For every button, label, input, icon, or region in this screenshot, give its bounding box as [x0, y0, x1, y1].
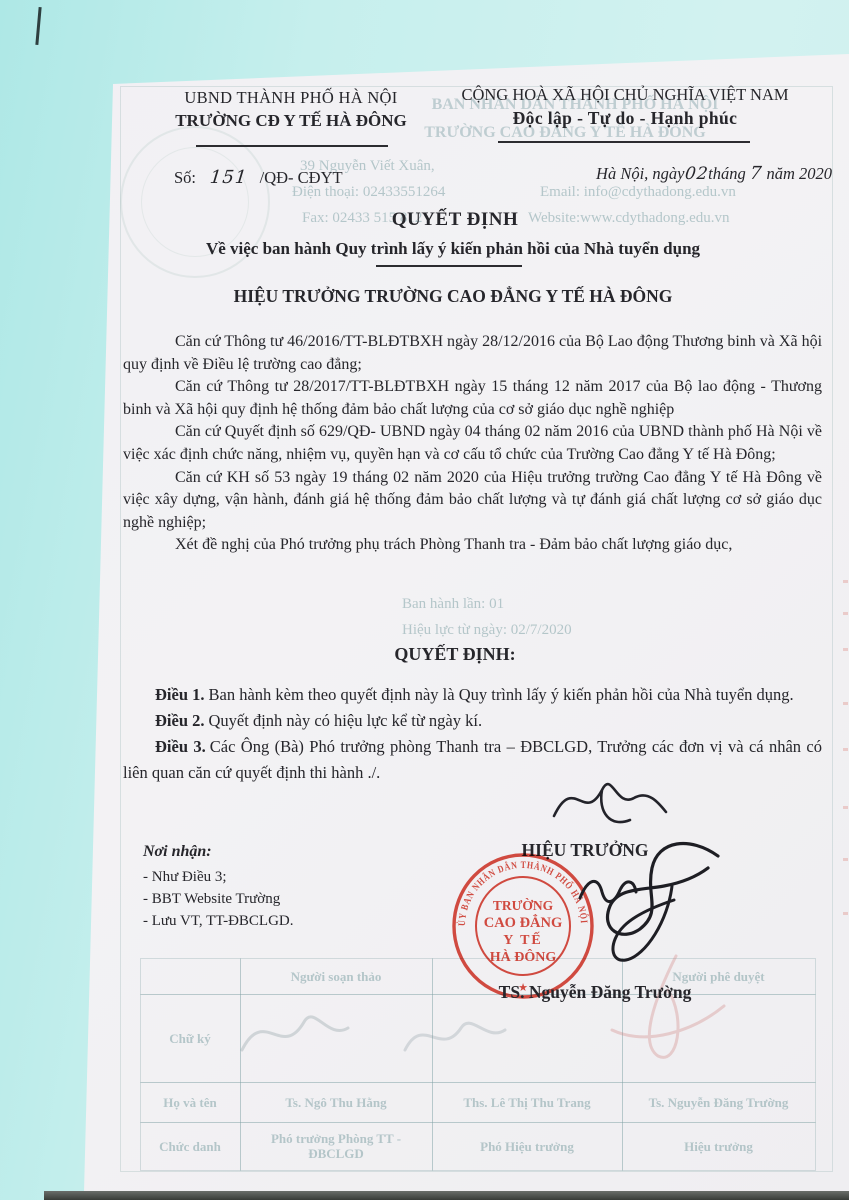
ghost-table-header: Người soạn thảo — [240, 958, 433, 995]
doc-number-label: Số: — [174, 168, 196, 187]
decision-heading: QUYẾT ĐỊNH — [275, 209, 635, 231]
date-prefix: Hà Nội, ngày — [596, 164, 684, 183]
staple-mark — [35, 7, 41, 45]
ghost-table-name: Ts. Ngô Thu Hằng — [240, 1082, 433, 1123]
org-underline — [196, 145, 388, 147]
scanned-document: BAN NHÂN DÂN THÀNH PHỐ HÀ NỘI TRƯỜNG CAO… — [0, 0, 849, 1200]
decision-operative-heading: QUYẾT ĐỊNH: — [275, 644, 635, 665]
ghost-table-row-label: Họ và tên — [140, 1082, 241, 1123]
header-org-block: UBND THÀNH PHỐ HÀ NỘI TRƯỜNG CĐ Y TẾ HÀ … — [158, 88, 424, 131]
article-label: Điều 1. — [155, 685, 205, 704]
ghost-issue-line-2: Hiệu lực từ ngày: 02/7/2020 — [402, 622, 572, 639]
red-bleed-mark — [843, 580, 848, 583]
recital-paragraph: Căn cứ KH số 53 ngày 19 tháng 02 năm 202… — [123, 467, 822, 535]
ghost-table-name: Ths. Lê Thị Thu Trang — [432, 1082, 623, 1123]
red-bleed-mark — [843, 648, 848, 651]
org-name-line-1: UBND THÀNH PHỐ HÀ NỘI — [158, 88, 424, 108]
recipients-label: Nơi nhận: — [143, 843, 294, 861]
national-motto-line-2: Độc lập - Tự do - Hạnh phúc — [420, 108, 830, 129]
article-paragraph: Điều 1.Ban hành kèm theo quyết định này … — [123, 682, 822, 708]
ghost-table-title: Hiệu trưởng — [622, 1122, 816, 1171]
ghost-table-row-label: Chức danh — [140, 1122, 241, 1171]
red-bleed-mark — [843, 612, 848, 615]
national-header-block: CỘNG HOÀ XÃ HỘI CHỦ NGHĨA VIỆT NAM Độc l… — [420, 85, 830, 129]
closing-flourish-ink — [548, 766, 670, 840]
ghost-table-row-label: Chữ ký — [140, 994, 241, 1083]
date-month-handwritten: 7 — [749, 163, 764, 184]
ghost-table-title: Phó Hiệu trưởng — [432, 1122, 623, 1171]
date-day-handwritten: 02 — [683, 164, 709, 184]
red-bleed-mark — [843, 912, 848, 915]
red-bleed-mark — [843, 702, 848, 705]
ghost-table-name: Ts. Nguyễn Đăng Trường — [622, 1082, 816, 1123]
recital-paragraph: Xét đề nghị của Phó trưởng phụ trách Phò… — [123, 534, 822, 557]
date-suffix: năm 2020 — [766, 164, 832, 183]
signer-name: TS. Nguyễn Đăng Trường — [450, 982, 740, 1003]
national-motto-line-1: CỘNG HOÀ XÃ HỘI CHỦ NGHĨA VIỆT NAM — [420, 85, 830, 105]
recipient-item: - BBT Website Trường — [143, 891, 294, 908]
ghost-table-title: Phó trưởng Phòng TT - ĐBCLGD — [240, 1122, 433, 1171]
article-label: Điều 3. — [155, 737, 206, 756]
recipient-item: - Lưu VT, TT-ĐBCLGD. — [143, 913, 294, 930]
recital-paragraph: Căn cứ Quyết định số 629/QĐ- UBND ngày 0… — [123, 421, 822, 466]
article-text: Các Ông (Bà) Phó trưởng phòng Thanh tra … — [123, 737, 822, 782]
doc-number-suffix: /QĐ- CĐYT — [260, 168, 343, 187]
recipient-item: - Như Điều 3; — [143, 869, 294, 886]
authority-line: HIỆU TRƯỞNG TRƯỜNG CAO ĐẲNG Y TẾ HÀ ĐÔNG — [153, 286, 753, 307]
article-text: Quyết định này có hiệu lực kể từ ngày kí… — [209, 711, 483, 730]
ghost-issue-line-1: Ban hành lần: 01 — [402, 596, 504, 613]
subject-underline — [376, 265, 522, 267]
red-bleed-mark — [843, 858, 848, 861]
recital-paragraph: Căn cứ Thông tư 28/2017/TT-BLĐTBXH ngày … — [123, 376, 822, 421]
date-line: Hà Nội, ngày02tháng 7 năm 2020 — [520, 163, 832, 184]
date-thang: tháng — [708, 164, 746, 183]
recitals-block: Căn cứ Thông tư 46/2016/TT-BLĐTBXH ngày … — [123, 331, 822, 557]
ghost-signature-1 — [230, 998, 360, 1070]
doc-number-handwritten: 151 — [209, 167, 249, 188]
scan-edge-bar — [44, 1191, 849, 1200]
article-label: Điều 2. — [155, 711, 205, 730]
red-bleed-mark — [843, 748, 848, 751]
ghost-email: Email: info@cdythadong.edu.vn — [540, 184, 736, 201]
articles-block: Điều 1.Ban hành kèm theo quyết định này … — [123, 682, 822, 786]
article-text: Ban hành kèm theo quyết định này là Quy … — [209, 685, 794, 704]
ghost-signature-2 — [395, 1002, 515, 1068]
ghost-table-cell — [140, 958, 241, 995]
red-bleed-mark — [843, 806, 848, 809]
article-paragraph: Điều 3.Các Ông (Bà) Phó trưởng phòng Tha… — [123, 734, 822, 786]
motto-underline — [498, 141, 750, 143]
decision-subject: Về việc ban hành Quy trình lấy ý kiến ph… — [123, 239, 783, 259]
article-paragraph: Điều 2.Quyết định này có hiệu lực kể từ … — [123, 708, 822, 734]
doc-number-line: Số: 151 /QĐ- CĐYT — [174, 167, 343, 188]
signature-ink — [522, 834, 732, 969]
recipients-block: Nơi nhận: - Như Điều 3; - BBT Website Tr… — [143, 843, 294, 930]
org-name-line-2: TRƯỜNG CĐ Y TẾ HÀ ĐÔNG — [158, 111, 424, 131]
recital-paragraph: Căn cứ Thông tư 46/2016/TT-BLĐTBXH ngày … — [123, 331, 822, 376]
